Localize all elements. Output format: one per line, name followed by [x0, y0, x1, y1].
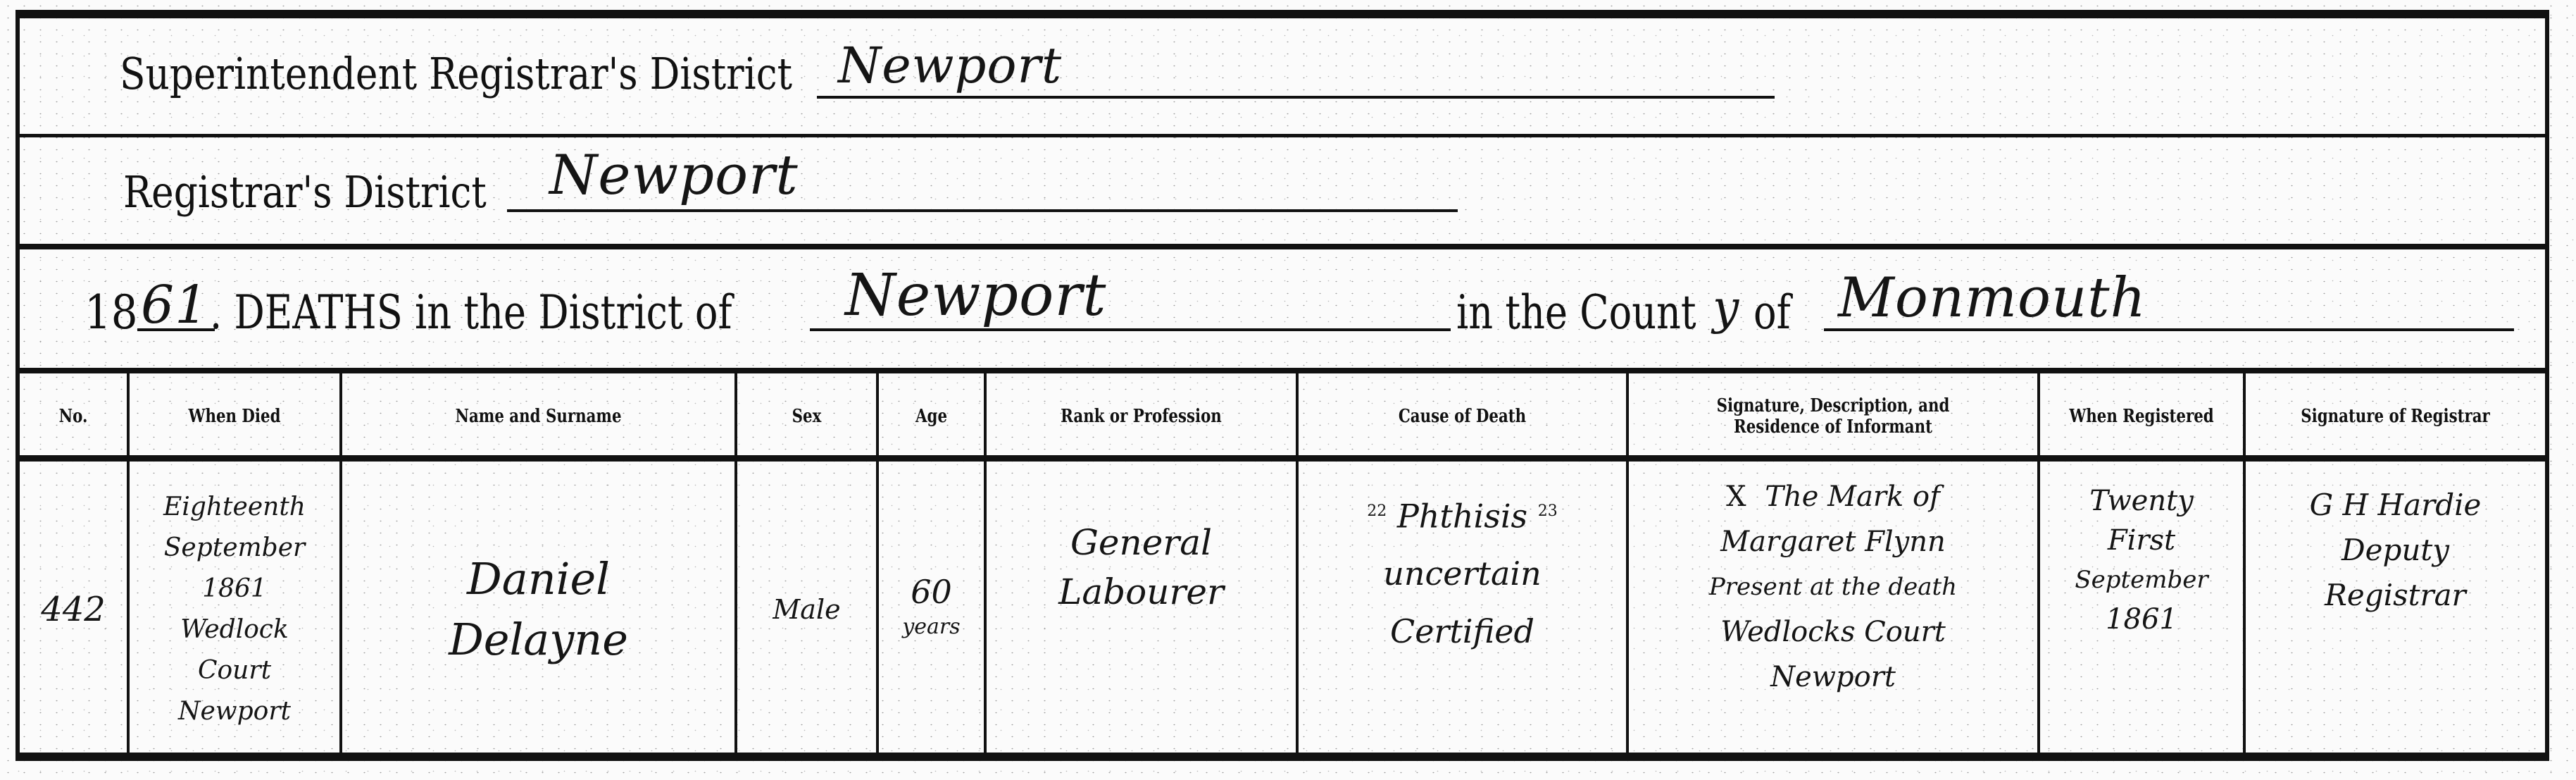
column-header-age: Age [888, 379, 974, 455]
registered-line: September [2075, 560, 2208, 600]
superintendent-district-underline [817, 96, 1775, 99]
column-header-label: Rank or Profession [1061, 407, 1222, 428]
column-header-label: Cause of Death [1399, 407, 1526, 428]
column-header-rank: Rank or Profession [1015, 379, 1268, 455]
registered-line: Twenty [2089, 481, 2194, 521]
rank-line: General [1070, 518, 1212, 567]
year-suffix: 61 [141, 275, 208, 335]
cell-informant: X The Mark of Margaret Flynn Present at … [1629, 462, 2037, 757]
entry-number: 442 [41, 591, 106, 628]
superintendent-district-label: Superintendent Registrar's District [120, 48, 792, 99]
cell-no: 442 [20, 462, 127, 757]
row-divider-header-top [20, 368, 2545, 373]
column-header-no: No. [30, 379, 118, 455]
county-label-a: in the Count [1456, 285, 1696, 340]
cell-when-registered: Twenty First September 1861 [2040, 462, 2243, 757]
informant-line: Newport [1770, 655, 1896, 700]
age-unit: years [902, 609, 960, 645]
registrar-district-value: Newport [549, 144, 799, 207]
column-header-label: Sex [792, 407, 822, 428]
registrar-district-label: Registrar's District [123, 166, 487, 218]
county-label-b: of [1753, 285, 1791, 340]
when-died-line: Eighteenth [163, 487, 306, 528]
column-header-label-line: Residence of Informant [1734, 417, 1932, 438]
registrar-title-line: Registrar [2325, 573, 2465, 618]
when-died-line: Court [198, 650, 271, 691]
row-divider-superintendent [20, 134, 2545, 137]
cell-registrar: G H Hardie Deputy Registrar [2246, 462, 2545, 757]
cell-when-died: Eighteenth September 1861 Wedlock Court … [130, 462, 339, 757]
sex-value: Male [773, 591, 840, 628]
row-divider-heading-top [20, 244, 2545, 249]
cell-name: Daniel Delayne [342, 462, 734, 757]
informant-mark: X [1726, 481, 1746, 513]
year-prefix: 18 [85, 285, 138, 340]
informant-line-1: X The Mark of [1726, 474, 1940, 519]
cell-sex: Male [737, 462, 876, 757]
registrar-signature: G H Hardie [2310, 483, 2482, 528]
county-value: Monmouth [1838, 266, 2146, 330]
informant-line: Present at the death [1709, 564, 1957, 609]
when-died-line: Wedlock [180, 609, 289, 650]
registered-line: First [2108, 521, 2175, 560]
informant-text: The Mark of [1765, 481, 1940, 513]
column-header-label: When Registered [2069, 407, 2213, 428]
registrar-title-line: Deputy [2341, 528, 2449, 573]
when-died-line: 1861 [202, 569, 267, 609]
registrar-district-underline [507, 209, 1458, 212]
when-died-line: September [164, 528, 305, 569]
cause-annotation: 22 [1367, 502, 1387, 520]
rank-line: Labourer [1058, 567, 1224, 617]
cause-line: uncertain [1383, 545, 1541, 602]
column-header-when-died: When Died [149, 379, 320, 455]
informant-line: Margaret Flynn [1720, 519, 1946, 564]
column-header-label: Signature of Registrar [2301, 407, 2490, 428]
year-underline [137, 328, 215, 331]
column-header-when-registered: When Registered [2058, 379, 2225, 455]
superintendent-district-value: Newport [838, 37, 1062, 94]
column-header-label: Name and Surname [455, 407, 621, 428]
column-header-label: Age [915, 407, 947, 428]
column-header-label: When Died [189, 407, 281, 428]
column-header-informant: Signature, Description, and Residence of… [1665, 379, 2001, 455]
cell-cause: 22 Phthisis 23 uncertain Certified [1299, 462, 1626, 757]
informant-line: Wedlocks Court [1720, 609, 1946, 655]
when-died-line: Newport [178, 691, 291, 732]
cause-line: Certified [1390, 602, 1534, 660]
cause-line-1: 22 Phthisis 23 [1367, 483, 1558, 545]
cause-text: Phthisis [1397, 497, 1527, 535]
cell-age: 60 years [879, 462, 984, 757]
cell-rank: General Labourer [987, 462, 1296, 757]
registered-line: 1861 [2106, 600, 2177, 639]
name-line: Daniel [467, 549, 610, 609]
cause-annotation: 23 [1538, 502, 1558, 520]
deaths-district-value: Newport [845, 262, 1106, 329]
column-header-name: Name and Surname [377, 379, 699, 455]
county-suffix-y: y [1713, 280, 1739, 335]
age-value: 60 [911, 574, 952, 609]
column-header-sex: Sex [750, 379, 864, 455]
column-header-registrar: Signature of Registrar [2272, 379, 2518, 455]
column-header-label: No. [59, 407, 88, 428]
column-header-label-line: Signature, Description, and [1717, 396, 1950, 417]
deaths-district-label: . DEATHS in the District of [210, 285, 732, 340]
name-line: Delayne [449, 609, 628, 670]
column-header-cause: Cause of Death [1328, 379, 1596, 455]
row-divider-data-top [20, 455, 2545, 462]
